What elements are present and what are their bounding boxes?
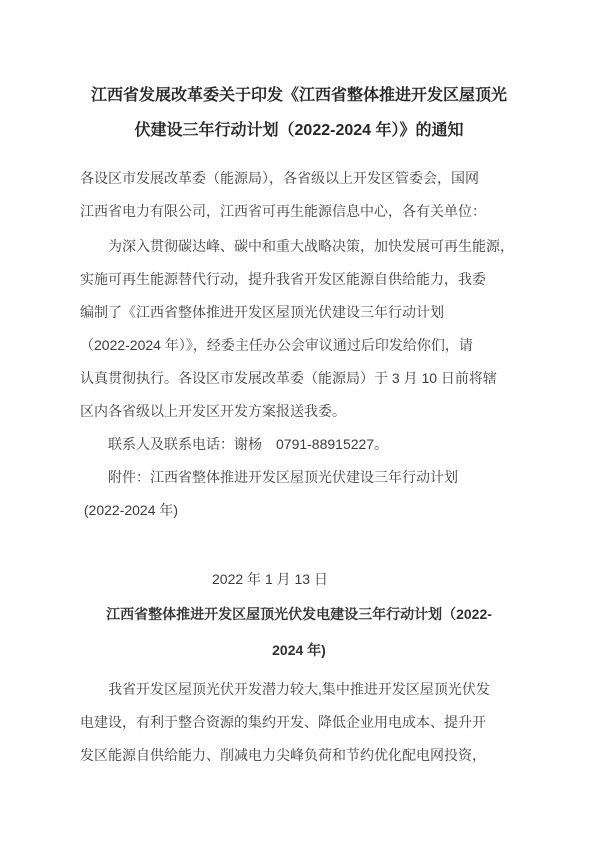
body-paragraph-plan-intro: 我省开发区屋顶光伏开发潜力较大,集中推进开发区屋顶光伏发 电建设，有利于整合资源… bbox=[80, 673, 518, 772]
plan-title: 江西省整体推进开发区屋顶光伏发电建设三年行动计划（2022- 2024 年) bbox=[80, 596, 518, 668]
document-page: 江西省发展改革委关于印发《江西省整体推进开发区屋顶光 伏建设三年行动计划（202… bbox=[0, 0, 595, 842]
contact-line: 联系人及联系电话：谢杨 0791-88915227。 bbox=[80, 428, 518, 461]
date-line: 2022 年 1 月 13 日 bbox=[80, 563, 518, 596]
document-content: 江西省发展改革委关于印发《江西省整体推进开发区屋顶光 伏建设三年行动计划（202… bbox=[0, 78, 595, 772]
attachment-line: 附件：江西省整体推进开发区屋顶光伏建设三年行动计划 (2022-2024 年) bbox=[80, 461, 518, 527]
body-paragraph-main: 为深入贯彻碳达峰、碳中和重大战略决策，加快发展可再生能源， 实施可再生能源替代行… bbox=[80, 230, 518, 428]
salutation-paragraph: 各设区市发展改革委（能源局），各省级以上开发区管委会，国网 江西省电力有限公司，… bbox=[80, 162, 518, 228]
document-title: 江西省发展改革委关于印发《江西省整体推进开发区屋顶光 伏建设三年行动计划（202… bbox=[80, 78, 518, 148]
